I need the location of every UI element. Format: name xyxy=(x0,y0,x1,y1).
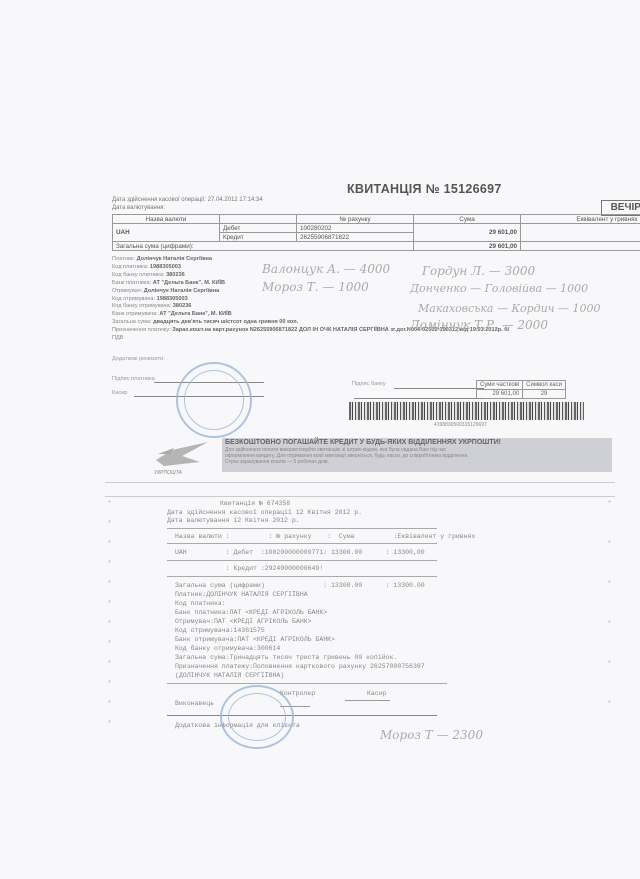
payer-code: 1988305003 xyxy=(150,264,181,270)
recipient-name: Долінчук Наталія Сергіївна xyxy=(144,288,219,294)
recipient-code: 1988305003 xyxy=(157,296,188,302)
col-equivalent: Еквівалент у гривнях xyxy=(521,215,640,224)
bank-signature-line xyxy=(394,388,484,389)
debit-sum: 29 601,00 xyxy=(414,224,521,242)
recipient-bank-code: 380236 xyxy=(173,303,192,309)
recipient-bank: АТ "Дельта Банк", М. КИЇВ xyxy=(159,311,231,317)
handwritten-note: Гордун Л. — 3000 xyxy=(422,264,535,278)
bank-stamp xyxy=(176,362,252,438)
payer-bank: АТ "Дельта Банк", М. КИЇВ xyxy=(153,280,225,286)
ukrposhta-logo-text: УКРПОШТА xyxy=(154,470,182,476)
transaction-table: Назва валюти № рахунку Сума Еквівалент у… xyxy=(112,214,640,251)
cashier2-label: Касир xyxy=(367,690,387,697)
promo-banner: БЕЗКОШТОВНО ПОГАШАЙТЕ КРЕДИТ У БУДЬ-ЯКИХ… xyxy=(222,438,612,472)
vat-label: ПДВ xyxy=(112,335,509,343)
payer-signature-label: Підпис платника xyxy=(112,376,155,382)
receipt-title: КВИТАНЦІЯ № 15126697 xyxy=(347,182,502,196)
receipt2-total-row: Загальна сума (цифрами) : 13300.00 : 133… xyxy=(175,582,425,589)
debit-account: 100280202 xyxy=(297,224,414,233)
receipt2-debit-row: UAH : Дебет :100200000009771: 13300.00 :… xyxy=(175,549,425,556)
handwritten-note: Валонцук А. — 4000 xyxy=(262,262,390,276)
handwritten-note: Донченко — Головійва — 1000 xyxy=(410,282,588,295)
receipt2-credit-row: : Кредит :29240000000649! xyxy=(175,565,323,572)
payer-bank-code: 380236 xyxy=(166,272,185,278)
col-currency: Назва валюти xyxy=(113,215,220,224)
credit-label: Кредит xyxy=(220,233,297,242)
payer-name: Долінчук Наталія Сергіївна xyxy=(137,256,212,262)
col-account: № рахунку xyxy=(297,215,414,224)
col-type xyxy=(220,215,297,224)
additional-requisites: Додаткові реквізити: xyxy=(112,356,165,362)
barcode-number: 4198830500315126697 xyxy=(434,422,487,428)
receipt-credit-agricole: Квитанція № 674358 Дата здійснення касов… xyxy=(105,490,615,740)
promo-heading: БЕЗКОШТОВНО ПОГАШАЙТЕ КРЕДИТ У БУДЬ-ЯКИХ… xyxy=(222,438,612,447)
ukrposhta-logo-icon xyxy=(152,438,212,472)
handwritten-note: Мороз Т. — 1000 xyxy=(262,280,369,294)
credit-account: 26255906871822 xyxy=(297,233,414,242)
bank-signature-label: Підпис банку xyxy=(352,381,386,387)
executor-label: Виконавець xyxy=(175,700,214,707)
partial-sums-table: Суми часткові Символ каси 29 601,00 29 xyxy=(476,380,566,399)
bank-stamp-2 xyxy=(220,685,294,749)
handwritten-note: Макаховська — Кордич — 1000 xyxy=(418,302,601,315)
receipt2-title: Квитанція № 674358 xyxy=(220,500,290,507)
barcode xyxy=(349,402,584,420)
receipt2-value-date: Дата валютування 12 Квітня 2012 р. xyxy=(167,517,300,524)
receipt2-operation-date: Дата здійснення касової операції 12 Квіт… xyxy=(167,509,362,516)
scanned-page: КВИТАНЦІЯ № 15126697 прим.1 Дата здійсне… xyxy=(0,0,640,879)
operation-date: Дата здійснення касової операції: 27.04.… xyxy=(112,197,263,203)
debit-label: Дебет xyxy=(220,224,297,233)
total-label: Загальна сума (цифрами): xyxy=(113,242,414,251)
total-in-words: двадцять дев'ять тисяч шістсот одна грив… xyxy=(153,319,298,325)
cash-symbol: 29 xyxy=(523,390,566,399)
cashier-label: Касир xyxy=(112,390,127,396)
currency-cell: UAH xyxy=(113,224,220,242)
receipt2-header-row: Назва валюти : : № рахунку : Сума :Еквів… xyxy=(175,533,475,540)
value-date: Дата валютування: xyxy=(112,205,165,211)
col-sum: Сума xyxy=(414,215,521,224)
total-value: 29 601,00 xyxy=(414,242,521,251)
handwritten-note: Домінчук Т.Р. — 2000 xyxy=(410,318,548,332)
